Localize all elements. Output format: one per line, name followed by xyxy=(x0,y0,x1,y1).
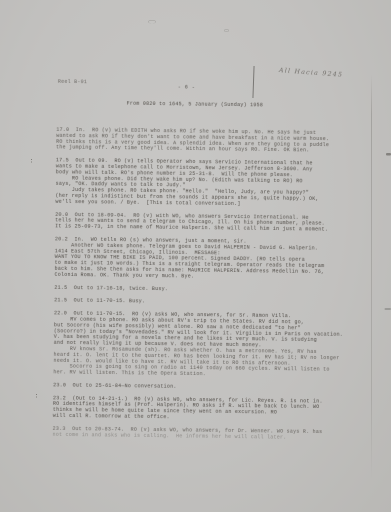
reel-label: Reel B-91 xyxy=(58,79,87,85)
date-range-line: From 0820 to 1645, 5 January (Sunday) 19… xyxy=(127,101,264,108)
log-line: 23.0 Out to 25-61-84—No conversation. xyxy=(53,383,378,393)
stray-speck xyxy=(224,29,229,32)
log-entry: 22.0 Out to 11-70-15. RO (v) asks WO, wh… xyxy=(53,311,379,380)
fold-line xyxy=(371,74,372,480)
log-entry: 23.0 Out to 25-61-84—No conversation. xyxy=(53,383,378,393)
file-number-stamp: All Hacia 9245 xyxy=(279,66,344,78)
stray-mark xyxy=(31,159,32,160)
log-entry: 23.2 (Out to 14-21-1.) RO (v) asks WO, w… xyxy=(53,396,378,424)
log-entry: 17.0 In. RO (v) with EDITH who asks RO i… xyxy=(56,127,381,155)
log-entry: 23.3 Out to 20-83-74. RO (v) asks WO, wh… xyxy=(53,426,378,442)
edge-smudge xyxy=(385,308,391,310)
log-entry: 17.5 Out to 09. RO (v) tells Operator wh… xyxy=(55,158,381,209)
log-entries: 17.0 In. RO (v) with EDITH who asks RO i… xyxy=(52,127,381,449)
stray-mark xyxy=(36,394,37,395)
page-content: All Hacia 9245 Reel B-91 - 6 - From 0820… xyxy=(0,0,391,512)
log-entry: 20.2 In. WO tells RO (s) who answers, ju… xyxy=(54,237,379,282)
log-entry: 20.0 Out to 18-09-04. RO (v) with WO, wh… xyxy=(55,212,380,234)
log-entry: 21.5 Out to 17-16-18, twice. Busy. xyxy=(54,285,379,295)
edge-smudge xyxy=(386,153,391,156)
log-line: 21.5 Out to 17-16-18, twice. Busy. xyxy=(54,285,379,295)
log-line: 21.5 Out to 11-70-15. Busy. xyxy=(54,298,379,308)
log-entry: 21.5 Out to 11-70-15. Busy. xyxy=(54,298,379,308)
scanned-document-page: All Hacia 9245 Reel B-91 - 6 - From 0820… xyxy=(0,0,391,512)
paper-sheet: All Hacia 9245 Reel B-91 - 6 - From 0820… xyxy=(0,0,391,512)
page-number: - 6 - xyxy=(178,85,196,91)
stray-speck xyxy=(148,20,156,24)
